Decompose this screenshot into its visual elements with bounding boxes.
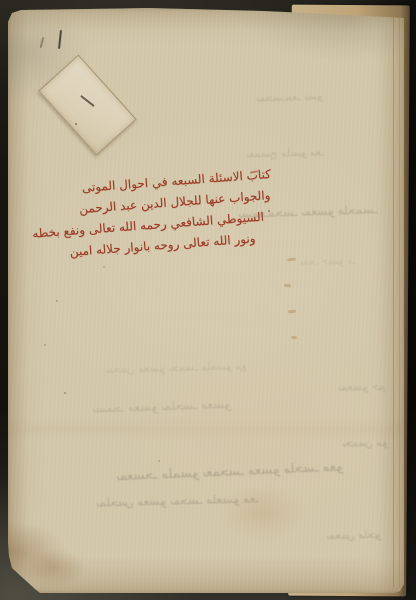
paper-speck xyxy=(268,210,270,212)
paper-speck xyxy=(103,266,105,268)
offset-stain-mark xyxy=(284,284,291,288)
bleed-through-line: ىحمس مو xyxy=(342,435,404,449)
bleed-through-line: ىملحس معسو ىمحسـ ملعسو معـ xyxy=(96,488,368,509)
slip-ink-dot xyxy=(75,123,77,125)
paper-speck xyxy=(64,392,66,394)
title-inscription: كتاب الاسئلة السبعه في احوال الموتى والج… xyxy=(79,164,277,262)
manuscript-page: كتاب الاسئلة السبعه في احوال الموتى والج… xyxy=(8,8,404,593)
folio-mark-stroke xyxy=(40,37,45,48)
bleed-through-line: ىعمسح ملسو معـ xyxy=(246,145,354,161)
bleed-through-line: ىمعسو حم xyxy=(338,379,404,393)
bleed-through-line: ىمعـ حسو مـ xyxy=(300,253,388,268)
offset-stain-mark xyxy=(291,336,297,340)
page-edge-crease xyxy=(393,16,394,587)
bleed-through-line: ىمحسـمعـ ىسو xyxy=(256,88,348,104)
offset-stain-mark xyxy=(287,257,296,261)
paper-speck xyxy=(44,344,46,346)
folio-mark-stroke xyxy=(58,30,62,49)
pasted-paper-slip xyxy=(38,55,136,156)
paper-speck xyxy=(158,460,160,462)
folio-marks xyxy=(36,26,68,56)
page-edge-crease xyxy=(399,16,400,587)
offset-stain-mark xyxy=(288,310,296,314)
manuscript-photo-stage: كتاب الاسئلة السبعه في احوال الموتى والج… xyxy=(0,0,416,600)
bleed-through-line: ىمحس معسو ىحمسـ ملعسو مع xyxy=(104,357,322,376)
paper-speck xyxy=(56,300,58,302)
bleed-through-line: ىسمحـ معسو ىملحسـ معسو xyxy=(92,394,297,415)
